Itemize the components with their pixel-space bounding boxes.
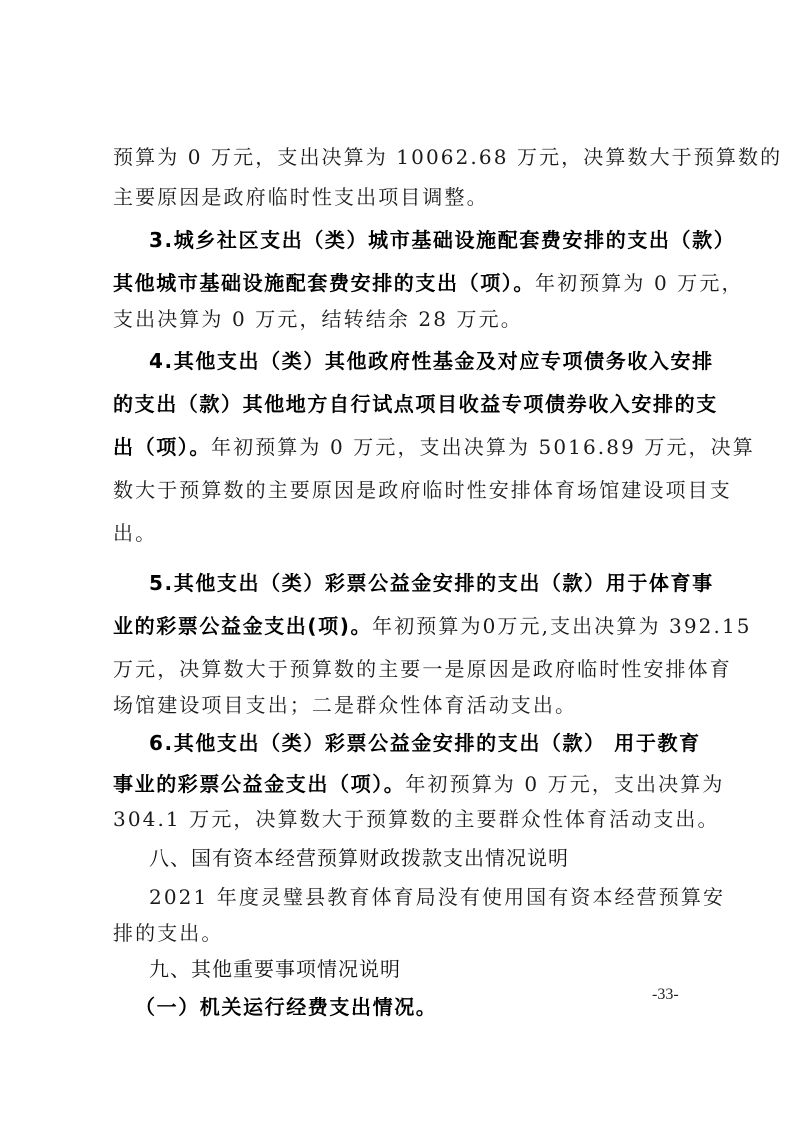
body-text: 预算为 0 万元，支出决算为 10062.68 万元，决算数大于预算数的: [113, 145, 782, 169]
paragraph-line: 事业的彩票公益金支出（项）。年初预算为 0 万元，支出决算为: [113, 771, 724, 797]
bold-text: 5.其他支出（类）彩票公益金安排的支出（款）用于体育事: [149, 571, 714, 595]
bold-text: 的支出（款）其他地方自行试点项目收益专项债券收入安排的支: [113, 392, 718, 416]
paragraph-line: 出（项）。年初预算为 0 万元，支出决算为 5016.89 万元，决算: [113, 434, 755, 460]
paragraph-line: 支出决算为 0 万元，结转结余 28 万元。: [113, 306, 523, 332]
paragraph-line: 场馆建设项目支出；二是群众性体育活动支出。: [113, 692, 577, 718]
bold-text: 其他城市基础设施配套费安排的支出（项）。: [113, 271, 535, 295]
section-9-subheading: （一）机关运行经费支出情况。: [135, 994, 437, 1020]
section-8-body-line: 2021 年度灵璧县教育体育局没有使用国有资本经营预算安: [149, 884, 725, 910]
item-5-heading-line: 5.其他支出（类）彩票公益金安排的支出（款）用于体育事: [149, 570, 714, 596]
body-text: 年初预算为 0 万元，: [535, 271, 744, 295]
paragraph-line: 304.1 万元，决算数大于预算数的主要群众性体育活动支出。: [113, 806, 720, 832]
item-4-heading-line: 4.其他支出（类）其他政府性基金及对应专项债务收入安排: [149, 348, 714, 374]
section-9-heading: 九、其他重要事项情况说明: [149, 956, 401, 982]
body-text: 主要原因是政府临时性支出项目调整。: [113, 185, 489, 209]
paragraph-line: 的支出（款）其他地方自行试点项目收益专项债券收入安排的支: [113, 391, 718, 417]
body-text: 场馆建设项目支出；二是群众性体育活动支出。: [113, 693, 577, 717]
bold-text: 3.城乡社区支出（类）城市基础设施配套费安排的支出（款）: [149, 228, 735, 252]
page-number: -33-: [652, 986, 679, 1004]
paragraph-line: 主要原因是政府临时性支出项目调整。: [113, 184, 489, 210]
section-8-heading: 八、国有资本经营预算财政拨款支出情况说明: [149, 845, 569, 871]
bold-text: 出（项）。: [113, 435, 211, 459]
body-text: 万元，决算数大于预算数的主要一是原因是政府临时性安排体育: [113, 657, 732, 681]
section-8-body-line: 排的支出。: [113, 920, 224, 946]
paragraph-line: 预算为 0 万元，支出决算为 10062.68 万元，决算数大于预算数的: [113, 144, 782, 170]
item-6-heading-line: 6.其他支出（类）彩票公益金安排的支出（款） 用于教育: [149, 730, 701, 756]
bold-text: 事业的彩票公益金支出（项）。: [113, 772, 405, 796]
paragraph-line: 万元，决算数大于预算数的主要一是原因是政府临时性安排体育: [113, 656, 732, 682]
item-3-heading-line: 3.城乡社区支出（类）城市基础设施配套费安排的支出（款）: [149, 227, 735, 253]
body-text: 年初预算为0万元,支出决算为 392.15: [372, 614, 752, 638]
paragraph-line: 其他城市基础设施配套费安排的支出（项）。年初预算为 0 万元，: [113, 270, 744, 296]
body-text: 年初预算为 0 万元，支出决算为 5016.89 万元，决算: [211, 435, 755, 459]
body-text: 年初预算为 0 万元，支出决算为: [405, 772, 724, 796]
paragraph-line: 业的彩票公益金支出(项)。年初预算为0万元,支出决算为 392.15: [113, 613, 752, 639]
body-text: 出。: [113, 521, 157, 545]
body-text: 304.1 万元，决算数大于预算数的主要群众性体育活动支出。: [113, 807, 720, 831]
paragraph-line: 出。: [113, 520, 157, 546]
bold-text: 业的彩票公益金支出(项)。: [113, 614, 372, 638]
body-text: 数大于预算数的主要原因是政府临时性安排体育场馆建设项目支: [113, 478, 732, 502]
body-text: 支出决算为 0 万元，结转结余 28 万元。: [113, 307, 523, 331]
paragraph-line: 数大于预算数的主要原因是政府临时性安排体育场馆建设项目支: [113, 477, 732, 503]
bold-text: 4.其他支出（类）其他政府性基金及对应专项债务收入安排: [149, 349, 714, 373]
bold-text: 6.其他支出（类）彩票公益金安排的支出（款） 用于教育: [149, 731, 701, 755]
